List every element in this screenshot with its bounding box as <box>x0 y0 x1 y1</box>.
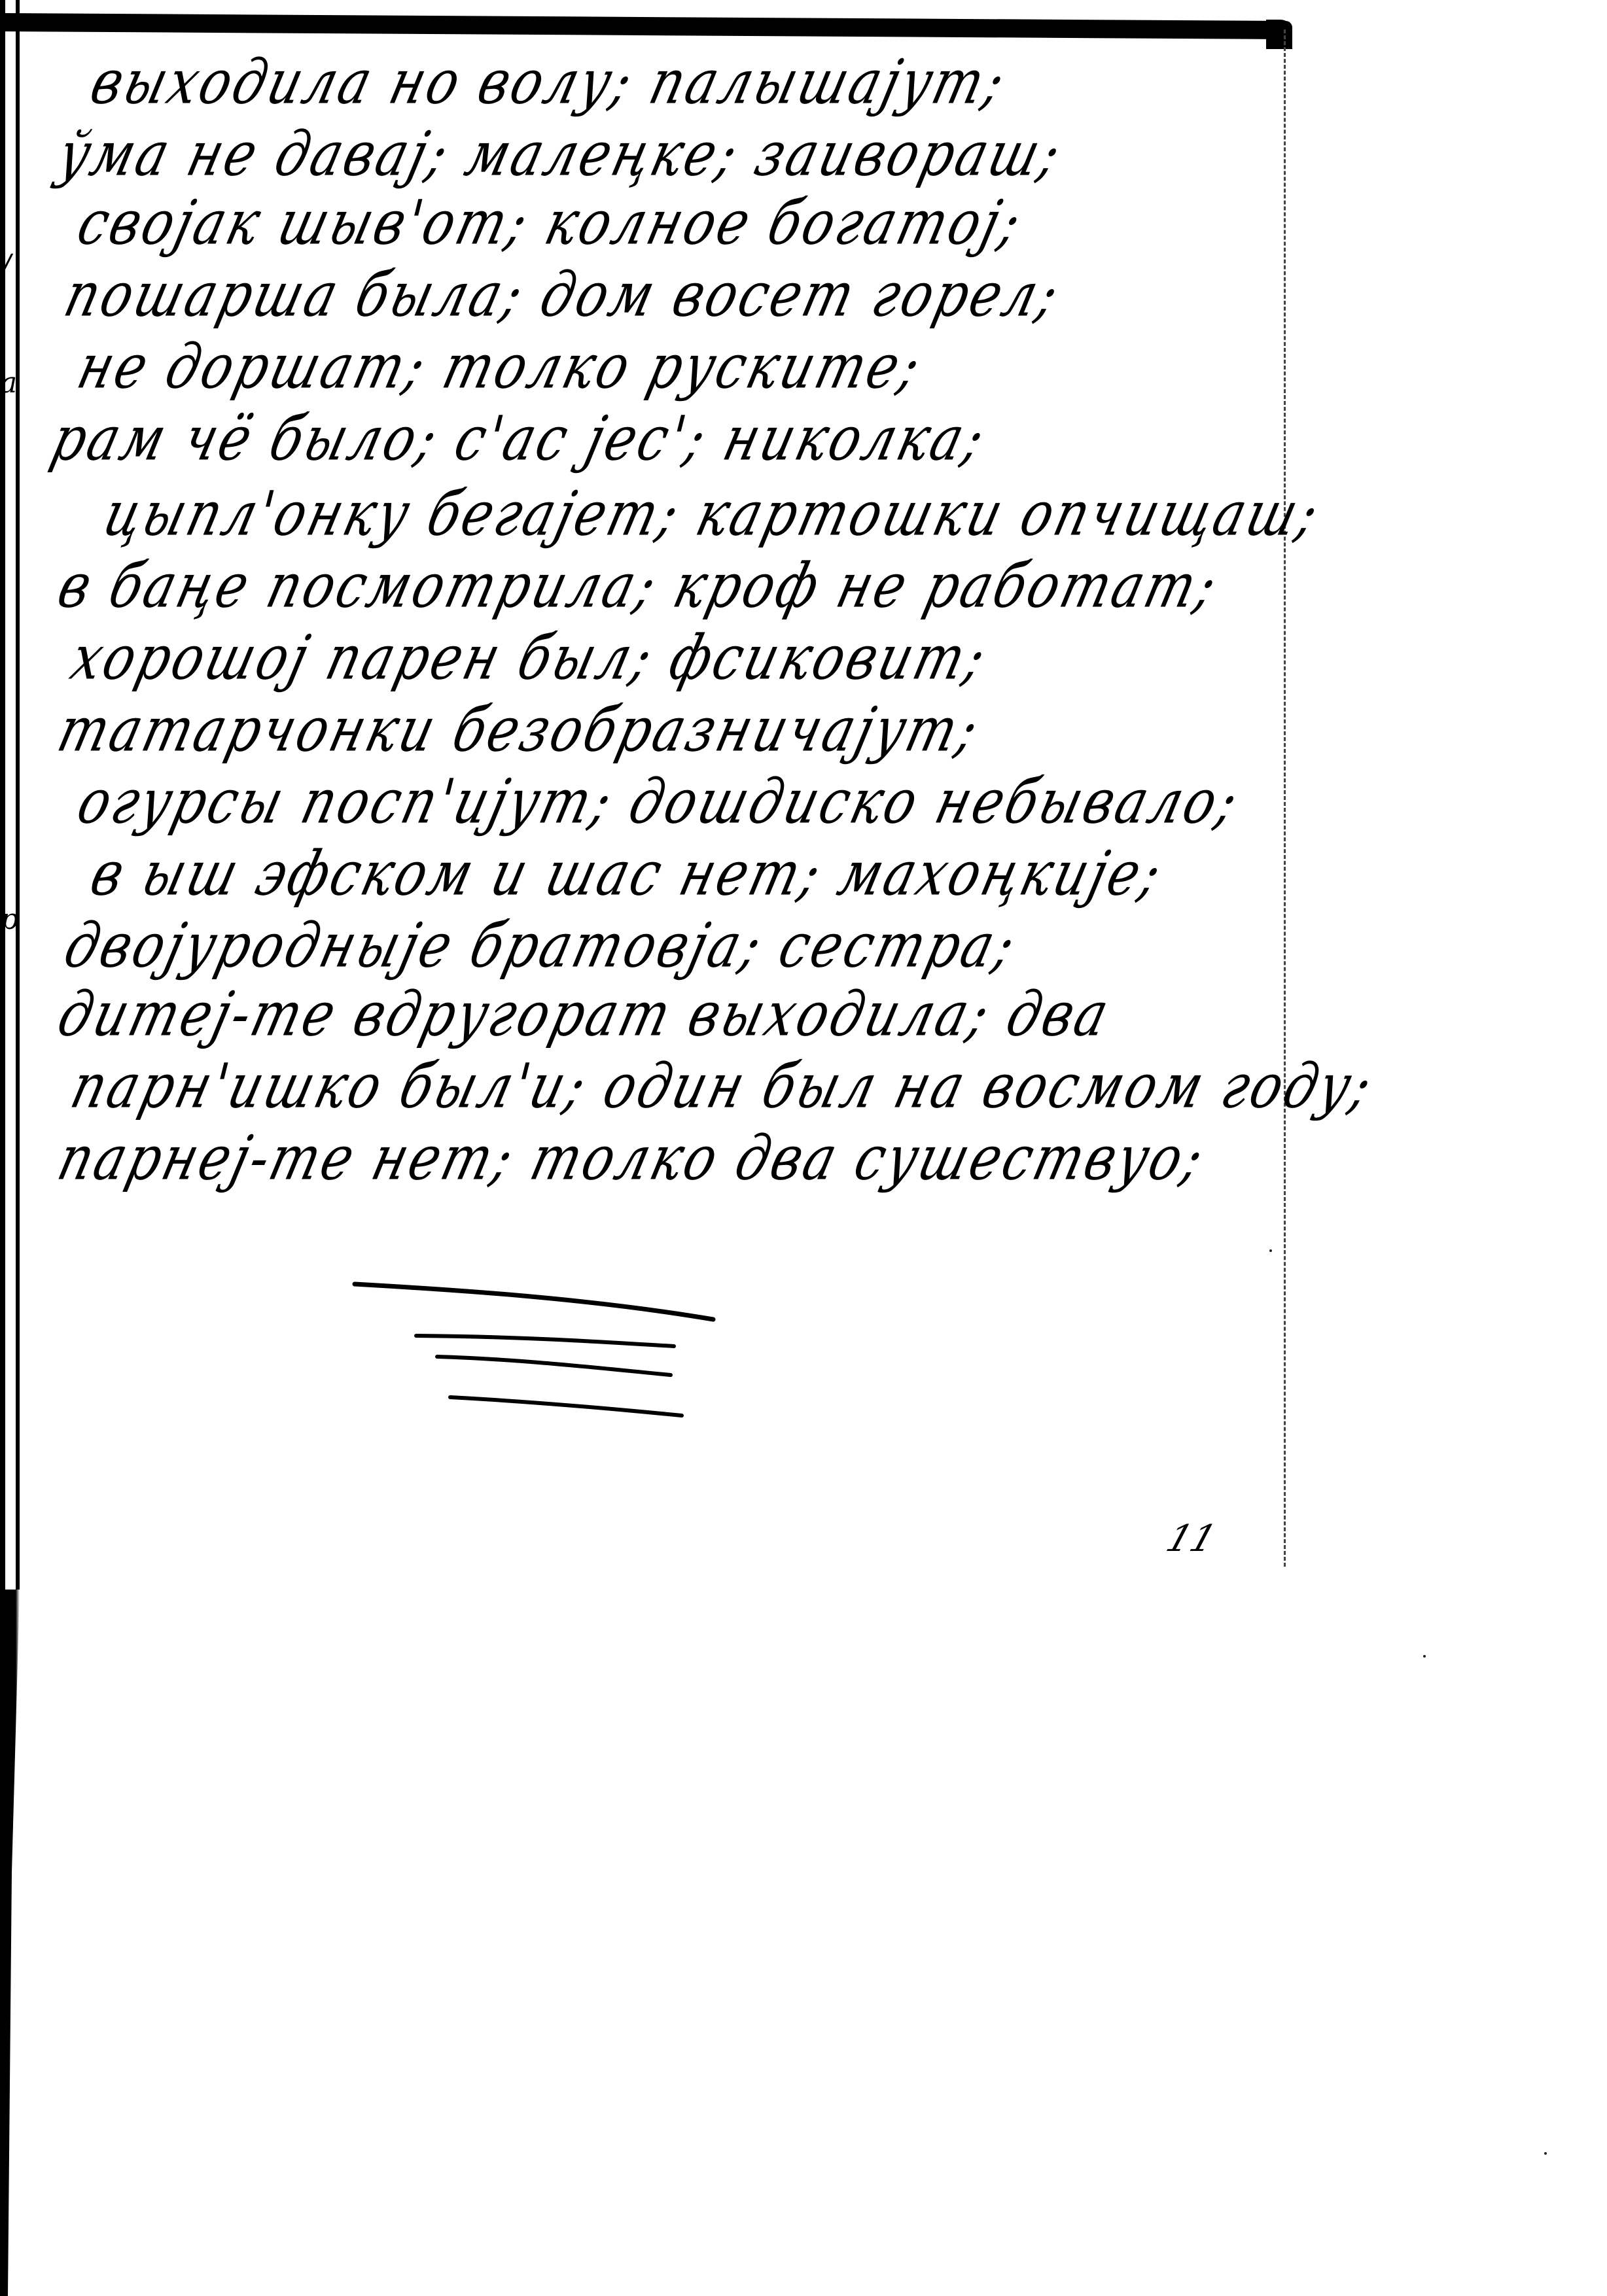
text-line-2: ўма не давај; малеңке; заивораш; <box>52 124 1068 185</box>
text-line-14: дитеј-те вдругорат выходила; два <box>52 984 1116 1045</box>
scan-top-edge <box>0 13 1292 39</box>
text-line-1: выходила но волу; палышајут; <box>85 52 1012 113</box>
text-line-7: цыпл'онку бегајет; картошки опчищаш; <box>98 483 1326 545</box>
scan-speck <box>1544 2152 1547 2155</box>
underline-stroke-1 <box>355 1284 713 1319</box>
text-line-8: в баңе посмотрила; кроф не работат; <box>52 555 1224 617</box>
text-line-11: огурсы посп'ијут; дошдиско небывало; <box>72 771 1246 833</box>
text-line-6: рам чё было; с'ас јес'; николка; <box>46 408 992 470</box>
scan-speck <box>1423 1655 1426 1658</box>
scan-left-edge <box>0 0 5 1596</box>
text-line-15: парн'ишко был'и; один был на восмом году… <box>65 1056 1379 1117</box>
scan-left-shadow <box>0 1590 20 2296</box>
text-line-5: не доршат; толко руските; <box>72 336 928 398</box>
underline-stroke-2 <box>416 1336 674 1346</box>
text-line-4: пошарша была; дом восет горел; <box>59 264 1067 326</box>
text-line-16: парнеј-те нет; толко два сушествуо; <box>52 1128 1211 1189</box>
margin-mark: / <box>1 249 11 282</box>
text-line-13: двојуродныје братовја; сестра; <box>59 915 1023 977</box>
underline-stroke-3 <box>437 1357 671 1375</box>
scan-top-corner <box>1266 20 1292 49</box>
page-binding-line <box>16 0 20 1590</box>
underline-stroke-4 <box>450 1397 682 1416</box>
page-number: 11 <box>1161 1518 1221 1560</box>
text-line-12: в ыш эфском и шас нет; махоңкије; <box>85 843 1169 905</box>
text-line-9: хорошој парен был; фсиковит; <box>65 627 993 689</box>
text-line-3: својак шыв'от; колное богатој; <box>72 192 1029 254</box>
text-line-10: татарчонки безобразничајут; <box>52 699 986 761</box>
scan-speck <box>1269 1249 1272 1252</box>
margin-mark: р <box>0 903 18 936</box>
right-margin-line <box>1284 29 1286 1567</box>
margin-mark: a <box>0 366 17 400</box>
